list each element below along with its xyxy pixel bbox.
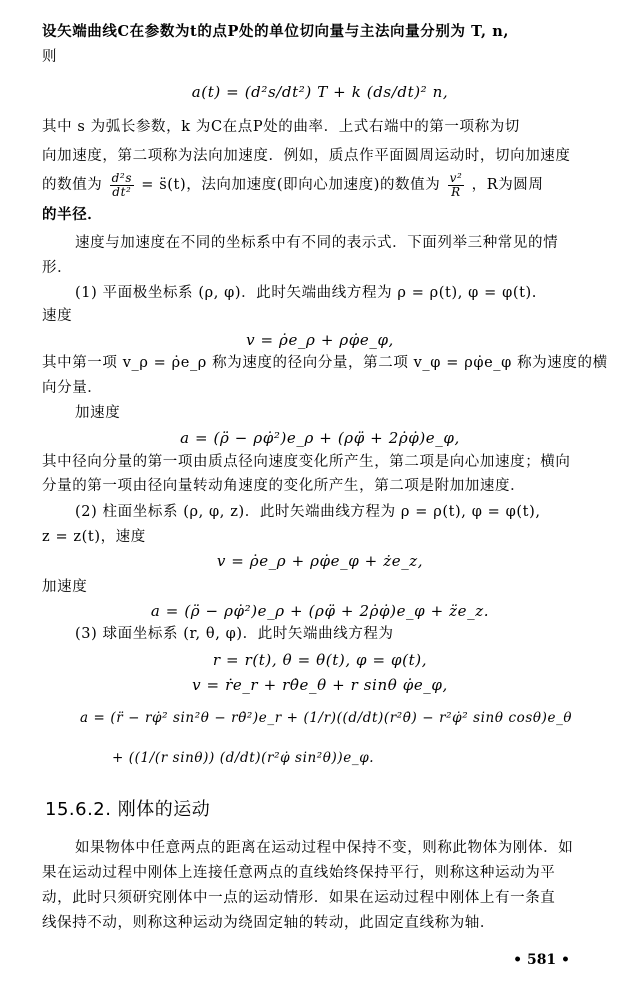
equation-cylindrical-velocity: v = ρ̇e_ρ + ρφ̇e_φ + że_z, xyxy=(0,551,640,571)
denominator: R xyxy=(448,186,465,199)
equation-polar-velocity: v = ρ̇e_ρ + ρφ̇e_φ, xyxy=(0,330,640,350)
text-line: 向分量． xyxy=(42,378,102,398)
text-line: 动，此时只须研究刚体中一点的运动情形．如果在运动过程中刚体上有一条直 xyxy=(42,888,555,908)
text-line: 加速度 xyxy=(75,403,120,423)
numerator: v² xyxy=(448,172,465,186)
text-line: 线保持不动，则称这种运动为绕固定轴的转动，此固定直线称为轴． xyxy=(42,913,495,933)
text-line: 则 xyxy=(42,47,57,67)
denominator: dt² xyxy=(110,186,134,199)
equation-spherical-coordinates: r = r(t), θ = θ(t), φ = φ(t), xyxy=(0,650,640,670)
text-line: 向加速度，第二项称为法向加速度．例如，质点作平面圆周运动时，切向加速度 xyxy=(42,146,571,166)
line-text: ，R为圆周 xyxy=(472,177,544,193)
page-number: • 581 • xyxy=(513,952,570,968)
book-page: 设矢端曲线C在参数为t的点P处的单位切向量与主法向量分别为 T, n, 则 a(… xyxy=(0,0,640,988)
equation-spherical-velocity: v = ṙe_r + rθ̇e_θ + r sinθ φ̇e_φ, xyxy=(0,675,640,695)
text-line: 速度与加速度在不同的坐标系中有不同的表示式．下面列举三种常见的情 xyxy=(75,233,558,253)
text-line: (2) 柱面坐标系 (ρ, φ, z)．此时矢端曲线方程为 ρ = ρ(t), … xyxy=(75,502,541,522)
text-line: z = z(t)，速度 xyxy=(42,527,146,547)
fraction-d2s-dt2: d²sdt² xyxy=(110,172,134,199)
equation-cylindrical-acceleration: a = (ρ̈ − ρφ̇²)e_ρ + (ρφ̈ + 2ρ̇φ̇)e_φ + … xyxy=(0,601,640,621)
text-line: 分量的第一项由径向量转动角速度的变化所产生，第二项是附加加速度． xyxy=(42,476,525,496)
section-heading: 15.6.2. 刚体的运动 xyxy=(45,800,210,820)
fraction-v2-R: v²R xyxy=(448,172,465,199)
text-line: 其中径向分量的第一项由质点径向速度变化所产生，第二项是向心加速度；横向 xyxy=(42,452,571,472)
text-line: 设矢端曲线C在参数为t的点P处的单位切向量与主法向量分别为 T, n, xyxy=(42,22,509,42)
text-line: 加速度 xyxy=(42,577,87,597)
text-line: 其中第一项 v_ρ = ρ̇e_ρ 称为速度的径向分量，第二项 v_φ = ρφ… xyxy=(42,353,608,373)
text-line: 果在运动过程中刚体上连接任意两点的直线始终保持平行，则称这种运动为平 xyxy=(42,863,555,883)
text-line: (1) 平面极坐标系 (ρ, φ)．此时矢端曲线方程为 ρ = ρ(t), φ … xyxy=(75,283,537,303)
text-line: 的半径． xyxy=(42,205,102,225)
equation-polar-acceleration: a = (ρ̈ − ρφ̇²)e_ρ + (ρφ̈ + 2ρ̇φ̇)e_φ, xyxy=(0,428,640,448)
equation-acceleration-tangent-normal: a(t) = (d²s/dt²) T + k (ds/dt)² n, xyxy=(0,82,640,102)
text-line: 速度 xyxy=(42,306,72,326)
numerator: d²s xyxy=(110,172,134,186)
line-text: = s̈(t)，法向加速度(即向心加速度)的数值为 xyxy=(141,177,440,193)
line-text: 的数值为 xyxy=(42,177,102,193)
equation-spherical-acceleration-part1: a = (r̈ − rφ̇² sin²θ − rθ̇²)e_r + (1/r)(… xyxy=(80,708,572,728)
text-line: 的数值为 d²sdt² = s̈(t)，法向加速度(即向心加速度)的数值为 v²… xyxy=(42,170,544,200)
equation-spherical-acceleration-part2: + ((1/(r sinθ)) (d/dt)(r²φ̇ sin²θ))e_φ. xyxy=(112,748,374,768)
text-line: 形． xyxy=(42,258,72,278)
text-line: (3) 球面坐标系 (r, θ, φ)．此时矢端曲线方程为 xyxy=(75,624,394,644)
text-line: 其中 s 为弧长参数，k 为C在点P处的曲率．上式右端中的第一项称为切 xyxy=(42,117,520,137)
text-line: 如果物体中任意两点的距离在运动过程中保持不变，则称此物体为刚体．如 xyxy=(75,838,573,858)
line-text: 设矢端曲线C在参数为t的点P处的单位切向量与主法向量分别为 T, n, xyxy=(42,23,509,40)
